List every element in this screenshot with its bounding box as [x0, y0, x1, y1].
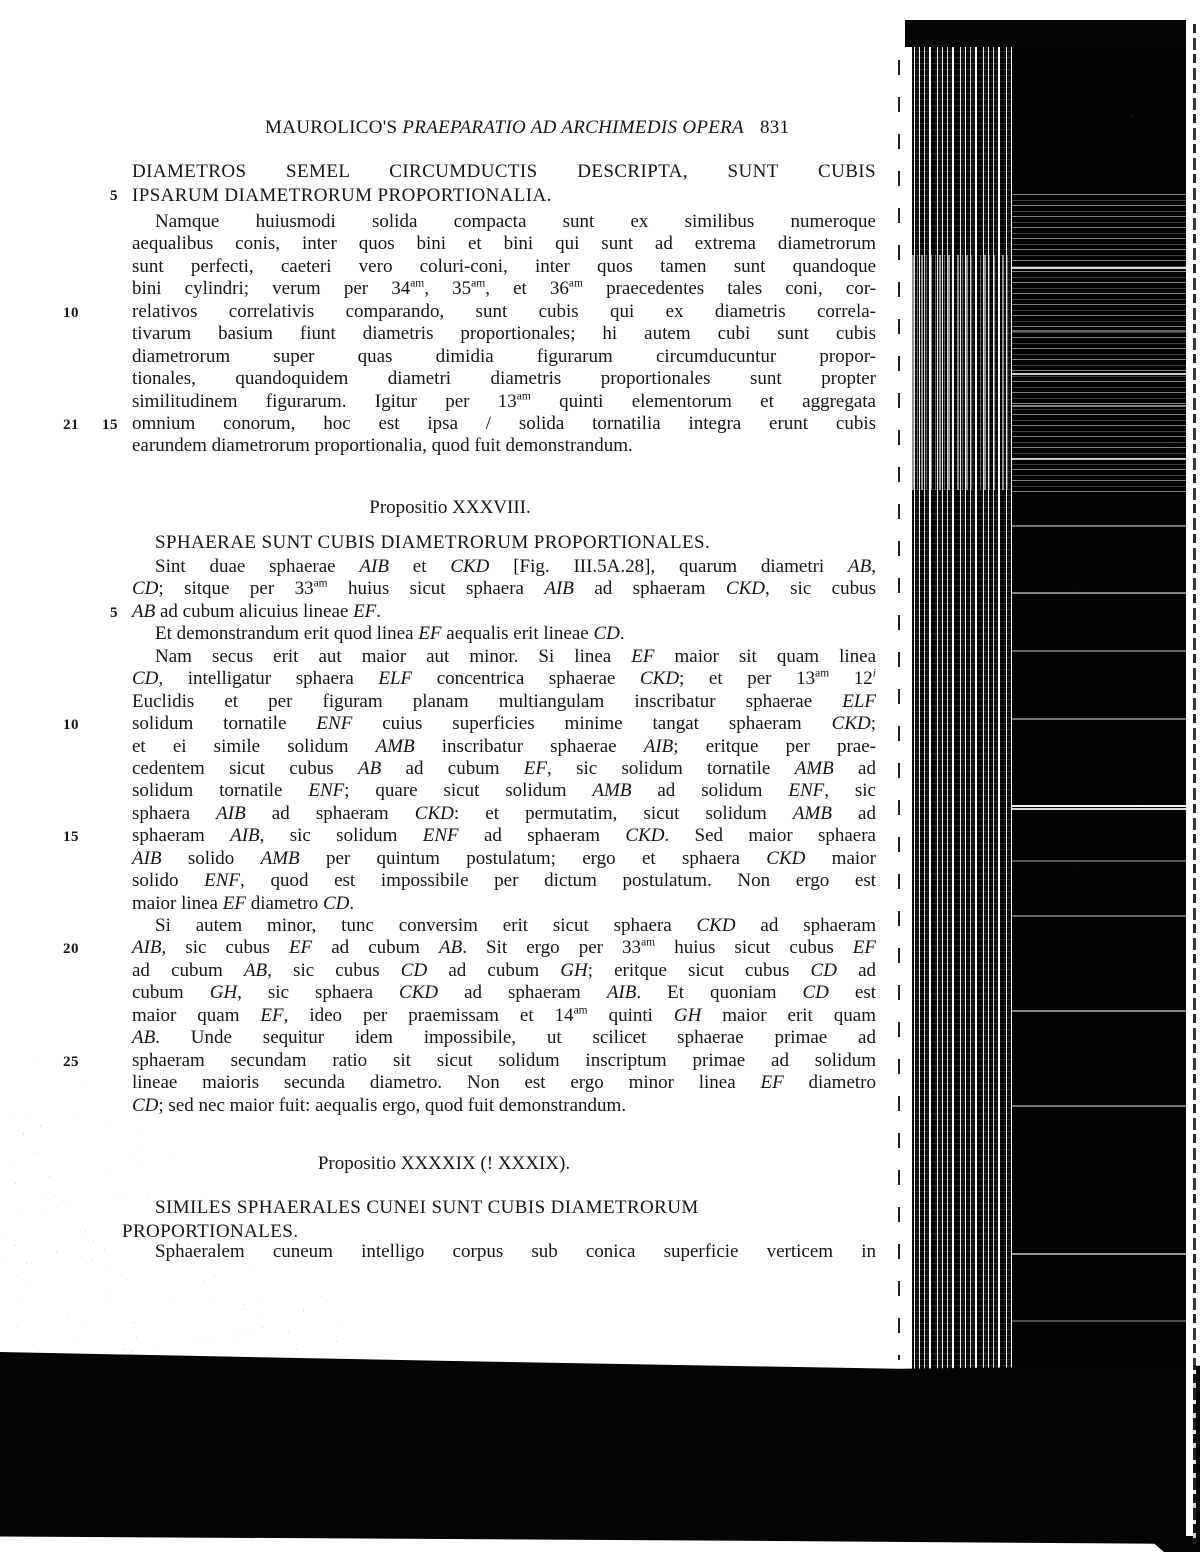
text-line: 21 15omnium conorum, hoc est ipsa / soli… [132, 413, 876, 435]
paragraph-intro-prop39: Sphaeralem cuneum intelligo corpus sub c… [132, 1241, 876, 1263]
text-segment: sunt perfecti, caeteri vero coluri-coni,… [132, 256, 876, 277]
text-line: CD; sed nec maior fuit: aequalis ergo, q… [132, 1095, 876, 1117]
math-label: ENF [204, 870, 240, 891]
text-segment: et ei simile solidum [132, 736, 376, 757]
math-label: CKD [399, 982, 438, 1003]
text-line: Namque huiusmodi solida compacta sunt ex… [132, 211, 876, 233]
text-segment: Namque huiusmodi solida compacta sunt ex… [155, 211, 876, 232]
text-line: solido ENF, quod est impossibile per dic… [132, 870, 876, 892]
text-line: diametrorum super quas dimidia figurarum… [132, 346, 876, 368]
text-segment: maior [805, 848, 876, 869]
page-edge-light-wash [912, 255, 1012, 490]
text-segment: diametrorum super quas dimidia figurarum… [132, 346, 876, 367]
scanned-book-page: MAUROLICO'S PRAEPARATIO AD ARCHIMEDIS OP… [0, 0, 1200, 1552]
math-label: EF [418, 623, 441, 644]
math-label: EF [260, 1005, 283, 1026]
text-segment: ad solidum [631, 780, 788, 801]
math-label: ELF [842, 691, 876, 712]
math-label: AIB [132, 937, 162, 958]
text-segment: solido [132, 870, 204, 891]
text-segment: maior erit quam [701, 1005, 876, 1026]
margin-line-number: 15 [63, 826, 118, 848]
math-label: AB [848, 556, 871, 577]
text-line: aequalibus conis, inter quos bini et bin… [132, 233, 876, 255]
text-segment: huius sicut sphaera [328, 578, 545, 599]
text-segment: Euclidis et per figuram planam multiangu… [132, 691, 842, 712]
math-label: AMB [261, 848, 300, 869]
math-label: CD [811, 960, 837, 981]
math-label: CKD [766, 848, 805, 869]
math-label: AB [244, 960, 267, 981]
text-line: MAUROLICO'S PRAEPARATIO AD ARCHIMEDIS OP… [265, 116, 789, 140]
heading-propositio-38: Propositio XXXVIII. [78, 496, 822, 518]
math-label: EF [353, 601, 376, 622]
math-label: AMB [592, 780, 631, 801]
text-segment: earundem diametrorum proportionalia, quo… [132, 435, 633, 456]
heading-propositio-39: Propositio XXXXIX (! XXXIX). [72, 1152, 816, 1174]
page-edge-thin-line [898, 60, 900, 1360]
text-segment: similitudinem figurarum. Igitur per 13 [132, 391, 517, 412]
math-label: AMB [793, 803, 832, 824]
text-line: 10relativos correlativis comparando, sun… [132, 301, 876, 323]
text-segment: , sic cubus [765, 578, 876, 599]
text-segment: ; eritque sicut cubus [588, 960, 811, 981]
math-label: CD [323, 893, 349, 914]
book-page-edges-scan [898, 20, 1200, 1552]
text-segment: ad cubum [312, 937, 439, 958]
text-segment: ad [834, 758, 876, 779]
text-segment: bini cylindri; verum per 34 [132, 278, 410, 299]
math-label: GH [210, 982, 237, 1003]
text-segment: est [829, 982, 876, 1003]
text-segment: aequalibus conis, inter quos bini et bin… [132, 233, 876, 254]
text-segment: am [815, 668, 829, 680]
paragraph-proof-prop38: Sint duae sphaerae AIB et CKD [Fig. III.… [132, 556, 876, 1117]
text-segment: am [517, 390, 531, 402]
text-segment: : et permutatim, sicut solidum [454, 803, 793, 824]
text-segment: 12 [829, 668, 873, 689]
text-segment: quinti elementorum et aggregata [531, 391, 876, 412]
math-label: CKD [697, 915, 736, 936]
text-segment: cuius superficies minime tangat sphaeram [352, 713, 831, 734]
text-line: ad cubum AB, sic cubus CD ad cubum GH; e… [132, 960, 876, 982]
text-segment: , quod est impossibile per dictum postul… [240, 870, 876, 891]
math-label: EF [289, 937, 312, 958]
text-line: maior quam EF, ideo per praemissam et 14… [132, 1005, 876, 1027]
math-label: CD [593, 623, 619, 644]
text-line: DIAMETROS SEMEL CIRCUMDUCTIS DESCRIPTA, … [132, 160, 876, 184]
text-line: 5AB ad cubum alicuius lineae EF. [132, 601, 876, 623]
text-line: 15sphaeram AIB, sic solidum ENF ad sphae… [132, 825, 876, 847]
math-label: AIB [359, 556, 389, 577]
text-line: 10solidum tornatile ENF cuius superficie… [132, 713, 876, 735]
text-segment: cubum [132, 982, 210, 1003]
margin-line-number: 5 [63, 602, 118, 624]
text-segment: solidum tornatile [132, 713, 316, 734]
text-line: cubum GH, sic sphaera CKD ad sphaeram AI… [132, 982, 876, 1004]
math-label: CD [132, 668, 158, 689]
text-segment: quinti [588, 1005, 674, 1026]
heading-statement-prop37: DIAMETROS SEMEL CIRCUMDUCTIS DESCRIPTA, … [132, 160, 876, 208]
text-segment: am [471, 278, 485, 290]
margin-line-number: 25 [63, 1051, 118, 1073]
text-segment: . [349, 893, 354, 914]
text-segment: cedentem sicut cubus [132, 758, 358, 779]
text-segment: relativos correlativis comparando, sunt … [132, 301, 876, 322]
text-segment: SPHAERAE SUNT CUBIS DIAMETRORUM PROPORTI… [155, 532, 710, 553]
text-segment: ; eritque per prae- [673, 736, 876, 757]
text-segment: lineae maioris secunda diametro. Non est… [132, 1072, 760, 1093]
text-segment: huius sicut cubus [655, 937, 853, 958]
text-segment: . [376, 601, 381, 622]
right-dotted-edge-line [1193, 24, 1196, 1544]
propositio-39-label: Propositio XXXXIX (! XXXIX). [318, 1152, 570, 1174]
text-segment: ad sphaeram [459, 825, 626, 846]
text-segment: MAUROLICO'S [265, 117, 402, 138]
math-label: CKD [625, 825, 664, 846]
math-label: CD [401, 960, 427, 981]
text-segment: Et demonstrandum erit quod linea [155, 623, 418, 644]
text-line: maior linea EF diametro CD. [132, 893, 876, 915]
margin-line-number: 20 [63, 938, 118, 960]
text-segment: inscribatur sphaerae [415, 736, 644, 757]
text-segment: sphaera [132, 803, 216, 824]
text-segment: diametro [784, 1072, 876, 1093]
math-label: AB [358, 758, 381, 779]
math-label: AIB [132, 848, 162, 869]
text-line: AIB solido AMB per quintum postulatum; e… [132, 848, 876, 870]
text-line: solidum tornatile ENF; quare sicut solid… [132, 780, 876, 802]
math-label: ENF [308, 780, 344, 801]
text-segment: et [389, 556, 450, 577]
text-segment: [Fig. III.5A.28], quarum diametri [489, 556, 848, 577]
math-label: i [873, 668, 876, 680]
text-segment: . Unde sequitur idem impossibile, ut sci… [155, 1027, 876, 1048]
text-line: Sint duae sphaerae AIB et CKD [Fig. III.… [132, 556, 876, 578]
text-segment: , sic [824, 780, 876, 801]
page-edge-streaks [912, 42, 1012, 1372]
text-segment: , sic sphaera [237, 982, 399, 1003]
math-label: CKD [640, 668, 679, 689]
math-label: EF [760, 1072, 783, 1093]
math-label: GH [560, 960, 587, 981]
text-segment: maior quam [132, 1005, 260, 1026]
text-segment: . Et quoniam [636, 982, 802, 1003]
propositio-38-label: Propositio XXXVIII. [369, 496, 531, 518]
text-line: bini cylindri; verum per 34am, 35am, et … [132, 278, 876, 300]
text-segment: Sint duae sphaerae [155, 556, 359, 577]
text-line: tionales, quandoquidem diametri diametri… [132, 368, 876, 390]
math-label: ELF [378, 668, 412, 689]
text-segment: am [410, 278, 424, 290]
text-segment: , ideo per praemissam et 14 [284, 1005, 574, 1026]
math-label: AIB [607, 982, 637, 1003]
math-label: CD [132, 578, 158, 599]
margin-line-number: 10 [63, 714, 118, 736]
page-edge-dense-lines [1012, 192, 1186, 492]
math-label: CKD [832, 713, 871, 734]
text-segment: ad sphaeram [574, 578, 726, 599]
text-line: SIMILES SPHAERALES CUNEI SUNT CUBIS DIAM… [132, 1196, 876, 1220]
text-segment: PROPORTIONALES. [122, 1221, 298, 1242]
text-line: Euclidis et per figuram planam multiangu… [132, 691, 876, 713]
math-label: AB [439, 937, 462, 958]
text-segment: sphaeram [132, 825, 230, 846]
text-segment: Si autem minor, tunc conversim erit sicu… [155, 915, 697, 936]
text-segment: per quintum postulatum; ergo et sphaera [300, 848, 767, 869]
math-label: AMB [795, 758, 834, 779]
text-segment: SIMILES SPHAERALES CUNEI SUNT CUBIS DIAM… [155, 1197, 699, 1218]
page-edge-top-cap [905, 20, 1186, 47]
text-segment: , sic solidum [260, 825, 423, 846]
text-segment: aequalis erit lineae [442, 623, 594, 644]
bottom-scan-black-band [0, 1345, 1200, 1552]
text-segment: , intelligatur sphaera [158, 668, 378, 689]
text-segment: maior sit quam linea [654, 646, 876, 667]
text-segment: sphaeram secundam ratio sit sicut solidu… [132, 1050, 876, 1071]
right-white-gap [1186, 20, 1193, 1536]
text-line: 25sphaeram secundam ratio sit sicut soli… [132, 1050, 876, 1072]
math-label: ENF [423, 825, 459, 846]
math-label: GH [674, 1005, 701, 1026]
math-label: EF [631, 646, 654, 667]
margin-line-number: 21 15 [63, 414, 118, 436]
text-segment: tivarum basium fiunt diametris proportio… [132, 323, 876, 344]
text-segment: omnium conorum, hoc est ipsa / solida to… [132, 413, 876, 434]
text-line: Nam secus erit aut maior aut minor. Si l… [132, 646, 876, 668]
math-label: EF [853, 937, 876, 958]
math-label: AIB [544, 578, 574, 599]
margin-line-number: 5 [63, 185, 118, 209]
text-segment: ; sed nec maior fuit: aequalis ergo, quo… [158, 1095, 626, 1116]
math-label: AB [132, 601, 155, 622]
text-segment: ad sphaeram [736, 915, 876, 936]
text-segment: diametro [246, 893, 323, 914]
text-line: CD, intelligatur sphaera ELF concentrica… [132, 668, 876, 690]
heading-statement-prop38: SPHAERAE SUNT CUBIS DIAMETRORUM PROPORTI… [132, 531, 876, 555]
text-segment: , et 36 [485, 278, 569, 299]
math-label: ENF [788, 780, 824, 801]
text-line: AB. Unde sequitur idem impossibile, ut s… [132, 1027, 876, 1049]
text-segment: Nam secus erit aut maior aut minor. Si l… [155, 646, 631, 667]
math-label: EF [524, 758, 547, 779]
math-label: AIB [216, 803, 246, 824]
text-segment: maior linea [132, 893, 223, 914]
math-label: CKD [450, 556, 489, 577]
math-label: AB [132, 1027, 155, 1048]
text-line: 20AIB, sic cubus EF ad cubum AB. Sit erg… [132, 937, 876, 959]
text-segment: tionales, quandoquidem diametri diametri… [132, 368, 876, 389]
text-segment: . Sit ergo per 33 [462, 937, 641, 958]
text-segment: solido [162, 848, 261, 869]
text-segment: ad cubum [427, 960, 560, 981]
text-line: SPHAERAE SUNT CUBIS DIAMETRORUM PROPORTI… [132, 531, 876, 555]
text-line: et ei simile solidum AMB inscribatur sph… [132, 736, 876, 758]
math-label: CKD [415, 803, 454, 824]
math-label: CD [802, 982, 828, 1003]
text-segment: DIAMETROS SEMEL CIRCUMDUCTIS DESCRIPTA, … [132, 161, 876, 182]
text-segment: am [574, 1004, 588, 1016]
text-line: tivarum basium fiunt diametris proportio… [132, 323, 876, 345]
text-line: cedentem sicut cubus AB ad cubum EF, sic… [132, 758, 876, 780]
text-segment: concentrica sphaerae [412, 668, 640, 689]
math-label: CKD [726, 578, 765, 599]
text-segment: Sphaeralem cuneum intelligo corpus sub c… [155, 1241, 876, 1262]
text-segment: praecedentes tales coni, cor- [583, 278, 876, 299]
text-segment: ad cubum [132, 960, 244, 981]
text-line: similitudinem figurarum. Igitur per 13am… [132, 391, 876, 413]
text-line: earundem diametrorum proportionalia, quo… [132, 435, 876, 457]
text-line: CD; sitque per 33am huius sicut sphaera … [132, 578, 876, 600]
math-label: AIB [644, 736, 674, 757]
running-head: MAUROLICO'S PRAEPARATIO AD ARCHIMEDIS OP… [265, 116, 789, 140]
text-segment: am [314, 578, 328, 590]
text-line: Et demonstrandum erit quod linea EF aequ… [132, 623, 876, 645]
text-line: sphaera AIB ad sphaeram CKD: et permutat… [132, 803, 876, 825]
heading-statement-prop39: SIMILES SPHAERALES CUNEI SUNT CUBIS DIAM… [132, 1196, 876, 1244]
math-label: EF [223, 893, 246, 914]
text-segment: IPSARUM DIAMETRORUM PROPORTIONALIA. [132, 185, 552, 206]
text-line: 5IPSARUM DIAMETRORUM PROPORTIONALIA. [132, 184, 876, 208]
text-segment: , sic cubus [162, 937, 289, 958]
text-segment: , sic solidum tornatile [547, 758, 795, 779]
text-line: sunt perfecti, caeteri vero coluri-coni,… [132, 256, 876, 278]
text-segment: ; sitque per 33 [158, 578, 313, 599]
text-line: Sphaeralem cuneum intelligo corpus sub c… [132, 1241, 876, 1263]
text-segment: solidum tornatile [132, 780, 308, 801]
text-segment: , [871, 556, 876, 577]
text-segment: ad [837, 960, 876, 981]
math-label: AIB [230, 825, 260, 846]
text-line: Si autem minor, tunc conversim erit sicu… [132, 915, 876, 937]
text-segment: ad cubum [381, 758, 524, 779]
text-segment: ad sphaeram [438, 982, 607, 1003]
math-label: ENF [316, 713, 352, 734]
margin-line-number: 10 [63, 302, 118, 324]
text-segment: ; et per 13 [679, 668, 815, 689]
paragraph-proof-prop37: Namque huiusmodi solida compacta sunt ex… [132, 211, 876, 458]
text-segment: ; [871, 713, 876, 734]
text-line: lineae maioris secunda diametro. Non est… [132, 1072, 876, 1094]
math-label: CD [132, 1095, 158, 1116]
text-segment: ad [832, 803, 876, 824]
text-segment: 831 [760, 117, 789, 138]
text-segment: ad sphaeram [246, 803, 415, 824]
text-segment: am [641, 937, 655, 949]
math-label: PRAEPARATIO AD ARCHIMEDIS OPERA [402, 117, 744, 138]
text-segment: ; quare sicut solidum [344, 780, 592, 801]
text-segment: ad cubum alicuius lineae [155, 601, 353, 622]
text-segment: . Sed maior sphaera [664, 825, 876, 846]
text-segment: . [620, 623, 625, 644]
text-segment: , 35 [424, 278, 471, 299]
text-segment: am [569, 278, 583, 290]
text-segment: , sic cubus [267, 960, 401, 981]
math-label: AMB [376, 736, 415, 757]
